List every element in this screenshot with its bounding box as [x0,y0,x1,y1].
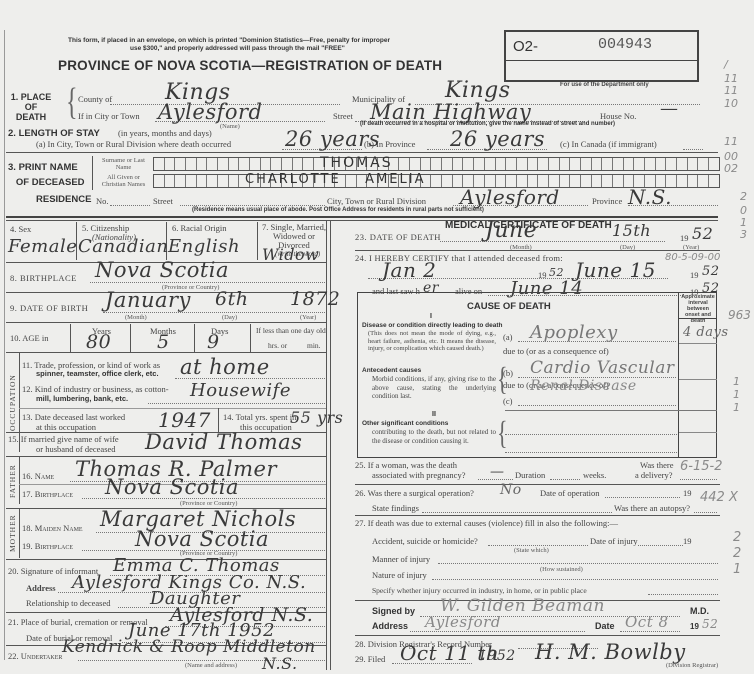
md-label: M.D. [690,606,709,616]
margin-code: 963 [728,308,751,322]
trade-examples: spinner, teamster, office clerk, etc. [36,369,159,378]
death-day: 15th [612,221,651,240]
how-sustained-hint: (How sustained) [540,566,583,573]
label-text: PRINT NAME [19,162,78,173]
county-label: County of [78,94,112,104]
signer-address-line [410,631,585,632]
section-number: 3. [8,162,16,173]
divider [6,322,326,323]
margin-note: 1 [733,388,740,401]
burial-place-label: 21. Place of burial, cremation or remova… [8,617,148,627]
stay-canada-line [683,149,703,150]
other-conditions-label: Other significant conditions [362,420,448,427]
duration-line [550,479,580,480]
spouse-value: David Thomas [145,430,302,454]
registration-prefix: O2- [513,38,538,55]
due-to-label-a: due to (or as a consequence of) [503,346,609,356]
section-number: 2. [8,128,16,139]
margin-code: 80-5-09-00 [665,252,720,263]
father-birthplace-hint: (Province or Country) [180,500,237,507]
divider [194,324,195,352]
trade-value: at home [180,355,270,379]
divider [355,515,720,516]
racial-origin-label: 6. Racial Origin [172,223,227,233]
margin-note: / [724,58,728,71]
department-use-note: For use of the Department only [560,82,649,88]
birthplace-line [90,282,325,283]
signed-date-value: Oct 8 [625,613,669,631]
specify-line [648,594,718,595]
death-month: June [485,218,537,243]
age-days: 9 [207,331,220,353]
accident-label: Accident, suicide or homicide? [372,536,478,546]
cause-c-line [518,405,676,406]
to-year-prefix: 19 [690,270,699,280]
binding-edge [4,30,5,660]
specify-label: Specify whether injury occurred in indus… [372,586,587,595]
death-year: 52 [692,224,713,243]
signer-address-label: Address [372,621,408,631]
injury-date-label: Date of injury [590,536,638,546]
external-causes-label: 27. If death was due to external causes … [355,518,618,528]
signed-year-prefix: 19 [690,622,699,631]
other-conditions-hint: contributing to the death, but not relat… [372,428,496,445]
residence-label: RESIDENCE [36,194,91,205]
surname-value: THOMAS [320,155,393,171]
age-months: 5 [157,331,170,353]
interval-column-divider [678,292,679,458]
nature-label: Nature of injury [372,570,427,580]
interval-label: Approximate interval between onset and d… [680,294,716,324]
operation-label: 26. Was there a surgical operation? [355,488,474,498]
industry-line [148,403,325,404]
father-birthplace-label: 17. Birthplace [22,489,73,499]
dob-month: January [105,288,191,312]
delivery-label-2: a delivery? [635,470,673,480]
divider [505,410,717,411]
mother-side-label: MOTHER [8,512,17,554]
less-than-day-label: If less than one day old [256,326,326,335]
residence-street-label: Street [153,196,173,206]
antecedent-hint: Morbid conditions, if any, giving rise t… [372,375,496,401]
divider [19,508,20,558]
to-year: 52 [702,264,720,279]
double-divider [6,216,718,218]
cause-c-label: (c) [503,396,512,406]
residence-street-line [180,205,325,206]
age-years: 80 [86,331,111,353]
signed-by-label: Signed by [372,606,415,616]
margin-note: 2 [740,190,747,203]
given-names-value: CHARLOTTE AMELIA [245,172,425,187]
signed-date-label: Date [595,621,615,631]
label-text: LENGTH OF STAY [19,128,100,139]
margin-note: 3 [740,228,747,241]
house-label: House No. [600,111,636,121]
surname-label: Surname or Last Name [96,157,151,171]
operation-value: No [500,482,522,498]
filed-label: 29. Filed [355,654,385,664]
accident-line [488,545,588,546]
mother-birthplace-value: Nova Scotia [135,527,269,551]
registrar-hint: (Division Registrar) [666,662,718,669]
dob-line [103,312,325,313]
sex-label: 4. Sex [10,224,31,234]
father-birthplace-value: Nova Scotia [105,475,239,499]
brace: { [497,414,508,453]
findings-label: State findings [372,503,419,513]
cause-a-value: Apoplexy [530,322,618,343]
divider [257,222,258,260]
hrs-label: hrs. or [268,341,287,350]
total-years-label: 14. Total yrs. spent in [223,412,296,422]
mother-birthplace-label: 19. Birthplace [22,541,73,551]
weeks-label: weeks. [583,470,606,480]
section-number: 1. [11,92,19,102]
brace: { [497,360,508,399]
pregnancy-label-2: associated with pregnancy? [372,470,465,480]
length-of-stay-label: 2. LENGTH OF STAY [8,128,100,139]
other-conditions-line-1 [505,434,677,435]
relationship-label: Relationship to deceased [26,598,111,608]
cause-a-interval: 4 days [683,325,729,340]
registrar-signature: H. M. Bowlby [535,640,686,664]
industry-value: Housewife [190,380,291,401]
age-label: 10. AGE in [10,333,49,343]
state-which-hint: (State which) [514,547,549,554]
injury-year-prefix: 19 [683,536,692,546]
margin-note: 1 [733,562,741,577]
margin-code: 442 X [700,490,738,505]
cause-b-value: Cardio Vascular [530,358,674,378]
father-side-label: FATHER [8,462,17,500]
divider [679,432,717,433]
margin-note: 2 [733,530,741,545]
citizenship-value: Canadian [78,236,168,257]
cause-a-label: (a) [503,332,512,342]
operation-year-prefix: 19 [683,488,692,498]
signer-address-value: Aylesford [425,613,501,631]
margin-code: 6-15-2 [680,459,722,474]
margin-note: 11 [724,84,738,97]
divider [355,250,720,251]
injury-date-line [638,545,683,546]
total-years-value: 55 yrs [290,408,343,427]
pregnancy-label: 25. If a woman, was the death [355,460,457,470]
section-i: I [430,313,432,320]
divider [679,379,717,380]
divider [679,318,717,319]
undertaker-label: 22. Undertaker [8,651,62,661]
mail-notice-line-2: use $300," and properly addressed will p… [130,45,345,52]
delivery-line [680,479,717,480]
undertaker-value-line-2: N.S. [262,654,298,673]
margin-note: 02 [724,162,738,175]
operation-date-label: Date of operation [540,488,599,498]
manner-line [438,563,718,564]
attended-to: June 15 [575,258,656,282]
dob-day: 6th [215,288,248,310]
margin-note: 1 [733,375,740,388]
residence-note: (Residence means usual place of abode. P… [192,207,484,213]
racial-origin-value: English [168,236,240,257]
given-names-label: All Given or Christian Names [96,174,151,188]
date-of-death-label: 23. DATE OF DEATH [355,232,441,242]
direct-cause-hint: (This does not mean the mode of dying, e… [368,330,496,353]
spouse-label-2: or husband of deceased [36,444,116,454]
sex-value: Female [8,236,77,257]
cause-b-due-value: Renal Disease [530,378,637,394]
margin-note: 2 [733,546,741,561]
divider [92,156,93,190]
label-text: OF DECEASED [16,177,85,188]
industry-label: 12. Kind of industry or business, as cot… [22,384,169,394]
residence-no-label: No. [96,196,109,206]
informant-address-label: Address [26,583,56,593]
signed-year: 52 [702,617,718,631]
antecedent-label: Antecedent causes [362,367,421,374]
divider [679,343,717,344]
divider [218,408,219,432]
operation-date-line [605,497,680,498]
signed-date-line [620,631,680,632]
city-value: Aylesford [158,100,263,124]
month-hint: (Month) [125,314,147,321]
birthplace-value: Nova Scotia [95,258,229,282]
duration-label: Duration [515,470,545,480]
residence-province-value: N.S. [628,185,672,209]
margin-note: 11 [724,135,738,148]
filed-year: 1952 [478,648,516,664]
length-of-stay-hint: (in years, months and days) [118,128,212,138]
stay-canada-label: (c) In Canada (if immigrant) [560,139,657,149]
divider [250,324,251,352]
mother-maiden-label: 18. Maiden Name [22,523,83,533]
day-hint: (Day) [222,314,237,321]
other-conditions-line-2 [505,452,677,453]
date-of-death-line [440,241,665,242]
divider [130,324,131,352]
house-value: — [660,98,679,119]
dob-year: 1872 [290,288,340,310]
registration-number: 004943 [598,36,652,53]
last-worked-label: 13. Date deceased last worked [22,412,125,422]
form-title: PROVINCE OF NOVA SCOTIA—REGISTRATION OF … [58,58,442,73]
undertaker-hint: (Name and address) [185,662,237,669]
residence-province-label: Province [592,196,622,206]
year-hint: (Year) [300,314,316,321]
margin-note: 1 [733,401,740,414]
divider [6,352,326,353]
delivery-label: Was there [640,460,674,470]
mail-notice-line-1: This form, if placed in an envelope, on … [68,37,390,44]
divider [19,456,20,504]
city-label: If in City or Town [78,111,140,121]
residence-city-label: City, Town or Rural Division [327,196,426,206]
nature-line [432,579,718,580]
brace: { [66,82,78,125]
industry-examples: mill, lumbering, bank, etc. [36,394,128,403]
birthplace-label: 8. BIRTHPLACE [10,273,77,283]
residence-city-value: Aylesford [460,185,560,209]
last-worked-label-2: at this occupation [36,422,96,432]
stay-city-label: (a) In City, Town or Rural Division wher… [36,139,231,149]
manner-label: Manner of injury [372,554,430,564]
section-ii: II [432,411,436,418]
direct-cause-label: Disease or condition directly leading to… [362,322,503,329]
dob-label: 9. DATE OF BIRTH [10,303,88,313]
reg-box-divider [506,60,697,61]
place-of-death-label: 1. PLACEOFDEATH [6,92,56,122]
spouse-label: 15. If married give name of wife [8,434,119,444]
autopsy-line [694,512,717,513]
print-name-label: 3. PRINT NAME OF DECEASED [8,160,85,190]
divider [6,152,718,153]
findings-line [422,512,612,513]
autopsy-label: Was there an autopsy? [614,503,690,513]
stay-province-label: (b) In Province [364,139,415,149]
death-year-prefix: 19 [680,233,689,243]
attended-from: Jan 2 [382,258,436,282]
father-name-label: 16. Name [22,471,54,481]
cause-b-label: (b) [503,368,513,378]
name-hint: (Name) [220,123,240,130]
stay-province-value: 26 years [450,127,545,151]
surname-boxes [153,157,720,171]
street-label: Street [333,111,353,121]
cause-of-death-title: CAUSE OF DEATH [467,301,551,312]
divider [70,324,71,352]
divider [355,484,720,485]
margin-note: 10 [724,97,738,110]
divider [355,635,720,636]
last-worked-value: 1947 [158,408,211,432]
residence-no-line [110,205,150,206]
pregnancy-value: — [490,464,505,480]
min-label: min. [307,341,321,350]
death-registration-form: This form, if placed in an envelope, on … [0,0,754,674]
